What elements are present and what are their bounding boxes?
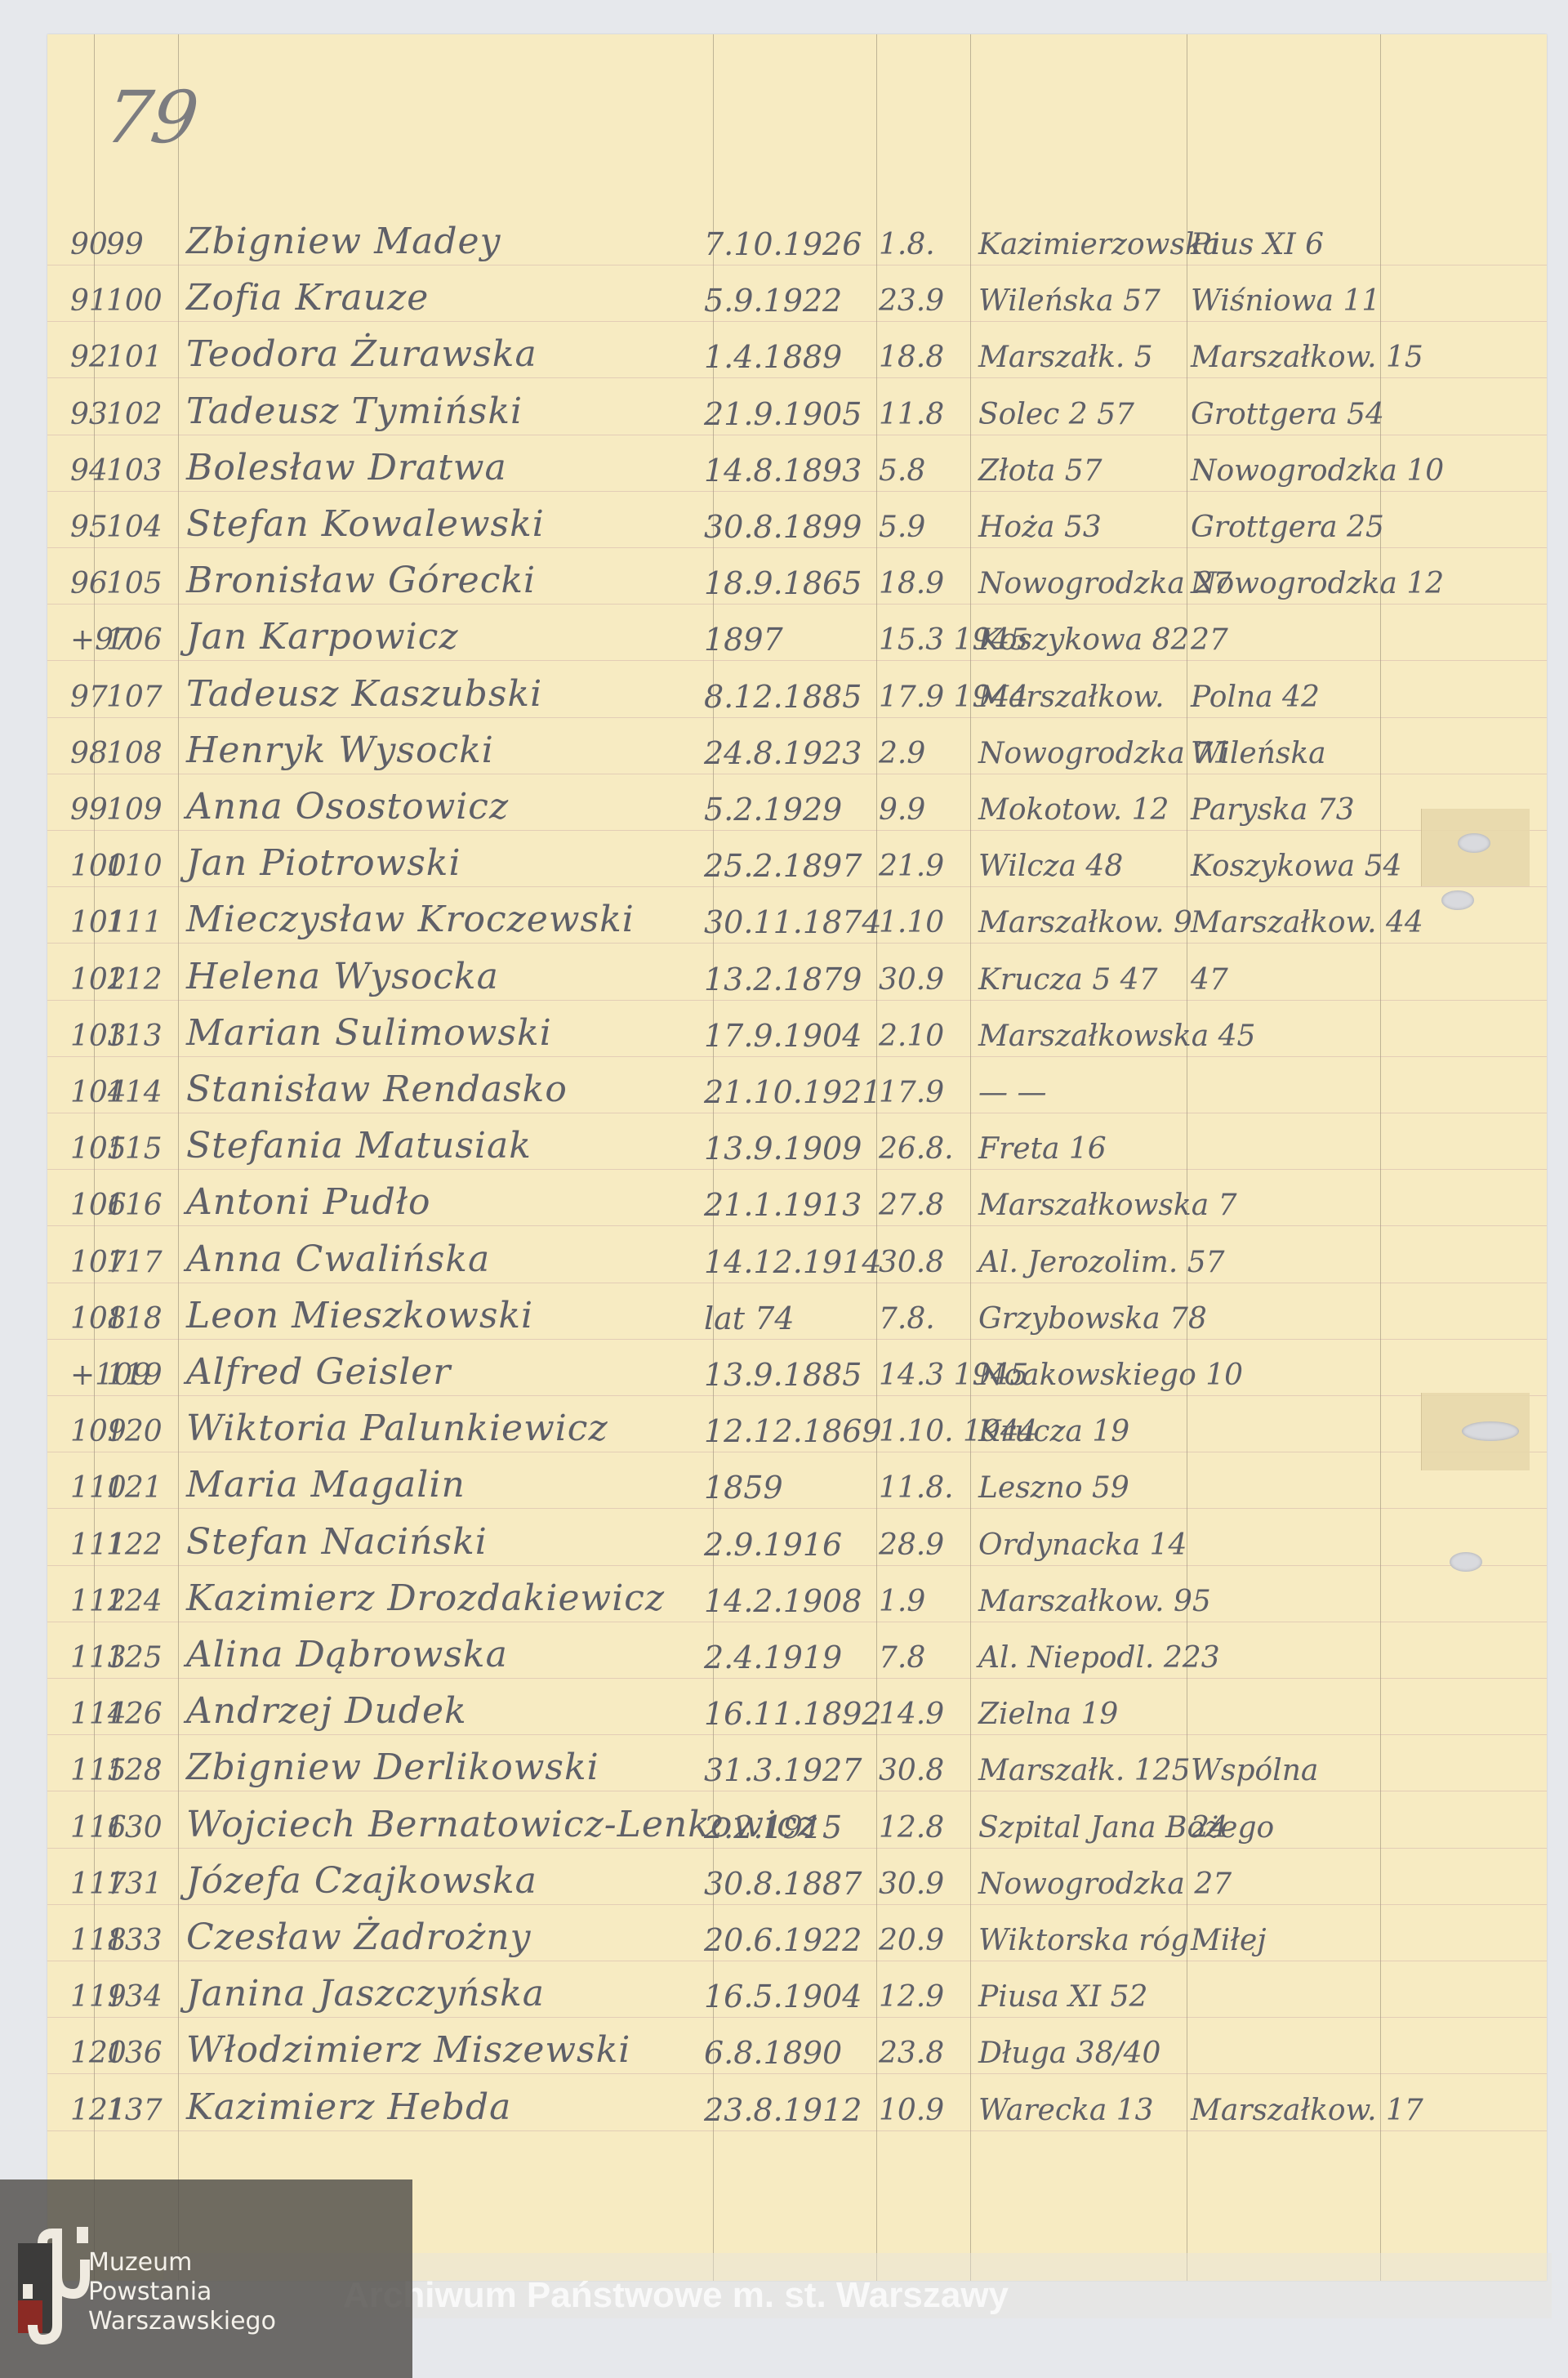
row-number: 106	[106, 626, 163, 655]
address-secondary: Wileńska	[1191, 739, 1326, 769]
death-date: 30.9	[879, 1870, 944, 1899]
row-number: 117	[106, 1248, 163, 1278]
death-date: 12.8	[879, 1814, 944, 1843]
row-rule	[47, 435, 1547, 435]
person-name: Mieczysław Kroczewski	[186, 902, 635, 938]
row-number: 104	[106, 513, 163, 542]
row-number: 120	[106, 1417, 163, 1447]
row-index: 93	[70, 400, 108, 430]
birth-date: 1897	[704, 624, 783, 655]
row-rule	[47, 1169, 1547, 1170]
address-secondary: 24	[1191, 1814, 1228, 1843]
row-number: 116	[106, 1191, 163, 1220]
row-number: 112	[106, 966, 163, 995]
person-name: Bolesław Dratwa	[186, 450, 507, 486]
punch-hole	[1450, 1552, 1482, 1572]
row-rule	[47, 943, 1547, 944]
table-row: 102112Helena Wysocka13.2.187930.9Krucza …	[47, 948, 1547, 1000]
table-row: 105115Stefania Matusiak13.9.190926.8.Fre…	[47, 1117, 1547, 1169]
ledger-page: 79 9099Zbigniew Madey7.10.19261.8.Kazimi…	[47, 34, 1547, 2281]
birth-date: 13.9.1885	[704, 1359, 862, 1390]
row-rule	[47, 1678, 1547, 1679]
death-date: 7.8.	[879, 1305, 935, 1334]
row-number: 109	[106, 796, 163, 825]
museum-name: Muzeum Powstania Warszawskiego	[88, 2248, 276, 2336]
address-secondary: Grottgera 25	[1191, 513, 1384, 542]
punch-hole	[1458, 833, 1490, 853]
row-rule	[47, 717, 1547, 718]
person-name: Zbigniew Derlikowski	[186, 1750, 599, 1786]
death-date: 12.9	[879, 1983, 944, 2012]
punch-hole	[1462, 1421, 1519, 1441]
row-rule	[47, 1452, 1547, 1452]
birth-date: 12.12.1869	[704, 1416, 882, 1447]
address-secondary: Grottgera 54	[1191, 400, 1384, 430]
row-rule	[47, 1225, 1547, 1226]
death-date: 20.9	[879, 1926, 944, 1956]
address-primary: Wileńska 57	[978, 287, 1160, 316]
row-number: 137	[106, 2096, 163, 2126]
death-date: 14.9	[879, 1700, 944, 1729]
birth-date: 2.4.1919	[704, 1642, 842, 1673]
row-rule	[47, 604, 1547, 605]
page-number: 79	[100, 75, 203, 159]
person-name: Włodzimierz Miszewski	[186, 2032, 630, 2068]
address-primary: Zielna 19	[978, 1700, 1118, 1729]
row-number: 105	[106, 569, 163, 599]
table-row: 114126Andrzej Dudek16.11.189214.9Zielna …	[47, 1682, 1547, 1734]
person-name: Tadeusz Kaszubski	[186, 676, 542, 712]
birth-date: 2.9.1916	[704, 1529, 842, 1560]
address-secondary: Wspólna	[1191, 1756, 1318, 1786]
death-date: 28.9	[879, 1531, 944, 1560]
row-rule	[47, 321, 1547, 322]
row-rule	[47, 1961, 1547, 1961]
row-number: 128	[106, 1756, 163, 1786]
birth-date: 5.2.1929	[704, 794, 842, 825]
address-secondary: Marszałkow. 44	[1191, 908, 1423, 938]
address-secondary: Wiśniowa 11	[1191, 287, 1380, 316]
row-rule	[47, 1395, 1547, 1396]
row-number: 111	[106, 908, 163, 938]
person-name: Leon Mieszkowski	[186, 1298, 533, 1334]
row-number: 101	[106, 343, 163, 373]
row-rule	[47, 774, 1547, 774]
row-rule	[47, 377, 1547, 378]
death-date: 27.8	[879, 1191, 944, 1220]
row-number: 102	[106, 400, 163, 430]
death-date: 1.8.	[879, 230, 935, 260]
address-primary: Leszno 59	[978, 1474, 1129, 1503]
address-primary: Marszałkow.	[978, 683, 1165, 712]
address-secondary: Koszykowa 54	[1191, 852, 1401, 881]
row-number: 115	[106, 1135, 163, 1164]
person-name: Bronisław Górecki	[186, 563, 536, 599]
death-date: 10.9	[879, 2096, 944, 2126]
address-primary: Nowogrodzka 27	[978, 1870, 1232, 1899]
death-date: 11.8.	[879, 1474, 954, 1503]
row-rule	[47, 1565, 1547, 1566]
row-number: 113	[106, 1022, 163, 1051]
address-primary: Marszałkow. 95	[978, 1587, 1211, 1617]
table-row: 116130Wojciech Bernatowicz-Lenkowicz2.2.…	[47, 1796, 1547, 1848]
address-primary: Al. Niepodl. 223	[978, 1644, 1220, 1673]
person-name: Anna Cwalińska	[186, 1242, 490, 1278]
table-row: 9099Zbigniew Madey7.10.19261.8.Kazimierz…	[47, 212, 1547, 265]
person-name: Tadeusz Tymiński	[186, 394, 523, 430]
row-index: 99	[70, 796, 108, 825]
row-number: 100	[106, 287, 163, 316]
address-primary: Marszałk. 125	[978, 1756, 1191, 1786]
table-row: 99109Anna Osostowicz5.2.19299.9Mokotow. …	[47, 778, 1547, 830]
table-row: 106116Antoni Pudło21.1.191327.8Marszałko…	[47, 1173, 1547, 1225]
birth-date: 20.6.1922	[704, 1925, 862, 1956]
birth-date: 2.2.1915	[704, 1812, 842, 1843]
table-row: 118133Czesław Żadrożny20.6.192220.9Wikto…	[47, 1908, 1547, 1961]
birth-date: 1859	[704, 1472, 783, 1503]
address-primary: Solec 2 57	[978, 400, 1134, 430]
death-date: 1.9	[879, 1587, 925, 1617]
row-rule	[47, 1000, 1547, 1001]
museum-name-line: Powstania	[88, 2278, 276, 2307]
birth-date: 31.3.1927	[704, 1755, 862, 1786]
table-row: 109120Wiktoria Palunkiewicz12.12.18691.1…	[47, 1399, 1547, 1452]
birth-date: 21.1.1913	[704, 1189, 862, 1220]
birth-date: 14.2.1908	[704, 1586, 862, 1617]
person-name: Czesław Żadrożny	[186, 1920, 531, 1956]
row-number: 130	[106, 1814, 163, 1843]
table-row: 119134Janina Jaszczyńska16.5.190412.9Piu…	[47, 1965, 1547, 2017]
row-number: 133	[106, 1926, 163, 1956]
row-number: 125	[106, 1644, 163, 1673]
death-date: 26.8.	[879, 1135, 954, 1164]
address-primary: Marszałk. 5	[978, 343, 1153, 373]
table-row: 91100Zofia Krauze5.9.192223.9Wileńska 57…	[47, 269, 1547, 321]
person-name: Alfred Geisler	[186, 1354, 451, 1390]
address-primary: Wilcza 48	[978, 852, 1123, 881]
museum-watermark: Muzeum Powstania Warszawskiego	[0, 2179, 412, 2378]
address-primary: Marszałkowska 45	[978, 1022, 1255, 1051]
birth-date: 21.9.1905	[704, 399, 862, 430]
birth-date: 14.8.1893	[704, 455, 862, 486]
person-name: Stefania Matusiak	[186, 1128, 532, 1164]
row-number: 103	[106, 457, 163, 486]
birth-date: 23.8.1912	[704, 2095, 862, 2126]
death-date: 18.8	[879, 343, 944, 373]
row-number: 114	[106, 1078, 163, 1108]
address-primary: Hoża 53	[978, 513, 1102, 542]
death-date: 1.10	[879, 908, 944, 938]
row-index: 95	[70, 513, 108, 542]
row-rule	[47, 2130, 1547, 2131]
table-row: 108118Leon Mieszkowskilat 747.8.Grzybows…	[47, 1287, 1547, 1339]
table-row: 121137Kazimierz Hebda23.8.191210.9Wareck…	[47, 2078, 1547, 2130]
birth-date: 16.5.1904	[704, 1981, 862, 2012]
table-row: 97107Tadeusz Kaszubski8.12.188517.9 1944…	[47, 665, 1547, 717]
person-name: Wiktoria Palunkiewicz	[186, 1411, 608, 1447]
address-primary: Wareckа 13	[978, 2096, 1154, 2126]
row-rule	[47, 1283, 1547, 1283]
birth-date: 30.8.1899	[704, 511, 862, 542]
person-name: Stefan Naciński	[186, 1524, 488, 1560]
death-date: 2.10	[879, 1022, 944, 1051]
row-number: 121	[106, 1474, 163, 1503]
address-primary: Marszałkow. 9	[978, 908, 1192, 938]
birth-date: 6.8.1890	[704, 2037, 842, 2068]
table-row: 92101Teodora Żurawska1.4.188918.8Marszał…	[47, 325, 1547, 377]
address-secondary: Nowogrodzka 10	[1191, 457, 1444, 486]
birth-date: 17.9.1904	[704, 1020, 862, 1051]
address-secondary: Paryska 73	[1191, 796, 1355, 825]
address-secondary: Miłej	[1191, 1926, 1267, 1956]
kotwica-anchor-logo-icon	[18, 2227, 91, 2345]
row-number: 131	[106, 1870, 163, 1899]
address-primary: Ordynacka 14	[978, 1531, 1187, 1560]
table-row: 111122Stefan Naciński2.9.191628.9Ordynac…	[47, 1513, 1547, 1565]
address-primary: Złota 57	[978, 457, 1102, 486]
address-primary: Piusa XI 52	[978, 1983, 1147, 2012]
row-rule	[47, 1848, 1547, 1849]
table-row: 110121Maria Magalin185911.8.Leszno 59	[47, 1456, 1547, 1508]
table-row: 95104Stefan Kowalewski30.8.18995.9Hoża 5…	[47, 495, 1547, 547]
table-row: 93102Tadeusz Tymiński21.9.190511.8Solec …	[47, 382, 1547, 435]
row-number: 110	[106, 852, 163, 881]
birth-date: 21.10.1921	[704, 1077, 882, 1108]
address-primary: Szpital Jana Bożego	[978, 1814, 1274, 1843]
person-name: Kazimierz Hebda	[186, 2090, 511, 2126]
row-rule	[47, 1056, 1547, 1057]
museum-name-line: Warszawskiego	[88, 2307, 276, 2336]
row-number: 136	[106, 2039, 163, 2068]
row-rule	[47, 2073, 1547, 2074]
row-index: 98	[70, 739, 108, 769]
table-row: 101111Mieczysław Kroczewski30.11.18741.1…	[47, 890, 1547, 943]
table-row: +109119Alfred Geisler13.9.188514.3 1945N…	[47, 1343, 1547, 1395]
row-number: 118	[106, 1305, 163, 1334]
person-name: Jan Piotrowski	[186, 845, 461, 881]
person-name: Antoni Pudło	[186, 1185, 431, 1220]
row-rule	[47, 830, 1547, 831]
table-row: 94103Bolesław Dratwa14.8.18935.8Złota 57…	[47, 439, 1547, 491]
birth-date: 16.11.1892	[704, 1698, 882, 1729]
row-index: 96	[70, 569, 108, 599]
death-date: 2.9	[879, 739, 925, 769]
birth-date: 25.2.1897	[704, 850, 862, 881]
row-number: 122	[106, 1531, 163, 1560]
address-primary: Krucza 5 47	[978, 966, 1157, 995]
person-name: Maria Magalin	[186, 1467, 465, 1503]
person-name: Alina Dąbrowska	[186, 1637, 508, 1673]
row-number: 134	[106, 1983, 163, 2012]
row-number: 126	[106, 1700, 163, 1729]
death-date: 18.9	[879, 569, 944, 599]
death-date: 30.8	[879, 1756, 944, 1786]
row-rule	[47, 2017, 1547, 2018]
person-name: Józefa Czajkowska	[186, 1863, 537, 1899]
table-row: +97106Jan Karpowicz189715.3 1945Koszykow…	[47, 608, 1547, 660]
death-date: 21.9	[879, 852, 944, 881]
table-row: 117131Józefa Czajkowska30.8.188730.9Nowo…	[47, 1852, 1547, 1904]
table-row: 100110Jan Piotrowski25.2.189721.9Wilcza …	[47, 834, 1547, 886]
address-secondary: Marszałkow. 15	[1191, 343, 1423, 373]
row-rule	[47, 1113, 1547, 1113]
person-name: Stefan Kowalewski	[186, 506, 545, 542]
row-index: 90	[70, 230, 108, 260]
address-primary: Marszałkowska 7	[978, 1191, 1237, 1220]
death-date: 11.8	[879, 400, 944, 430]
birth-date: 18.9.1865	[704, 568, 862, 599]
archive-watermark: Archiwum Państwowe m. st. Warszawy	[343, 2275, 1009, 2316]
person-name: Stanisław Rendasko	[186, 1072, 568, 1108]
person-name: Zofia Krauze	[186, 280, 429, 316]
person-name: Kazimierz Drozdakiewicz	[186, 1581, 665, 1617]
birth-date: 30.11.1874	[704, 907, 882, 938]
address-primary: Krucza 19	[978, 1417, 1129, 1447]
row-rule	[47, 886, 1547, 887]
table-row: 103113Marian Sulimowski17.9.19042.10Mars…	[47, 1004, 1547, 1056]
death-date: 7.8	[879, 1644, 925, 1673]
row-number: 124	[106, 1587, 163, 1617]
address-primary: Długa 38/40	[978, 2039, 1160, 2068]
row-index: 97	[70, 683, 108, 712]
row-index: 91	[70, 287, 108, 316]
address-secondary: Nowogrodzka 12	[1191, 569, 1444, 599]
death-date: 9.9	[879, 796, 925, 825]
birth-date: lat 74	[704, 1303, 795, 1334]
table-row: 112124Kazimierz Drozdakiewicz14.2.19081.…	[47, 1569, 1547, 1622]
row-rule	[47, 547, 1547, 548]
address-secondary: Marszałkow. 17	[1191, 2096, 1423, 2126]
address-primary: Noakowskiego 10	[978, 1361, 1243, 1390]
row-number: 99	[106, 230, 144, 260]
death-date: 5.8	[879, 457, 925, 486]
person-name: Teodora Żurawska	[186, 337, 537, 373]
row-number: 107	[106, 683, 163, 712]
table-row: 96105Bronisław Górecki18.9.186518.9Nowog…	[47, 551, 1547, 604]
table-row: 98108Henryk Wysocki24.8.19232.9Nowogrodz…	[47, 721, 1547, 774]
birth-date: 8.12.1885	[704, 681, 862, 712]
address-primary: — —	[978, 1078, 1046, 1108]
birth-date: 1.4.1889	[704, 341, 842, 373]
person-name: Henryk Wysocki	[186, 733, 494, 769]
table-row: 120136Włodzimierz Miszewski6.8.189023.8D…	[47, 2021, 1547, 2073]
address-primary: Wiktorska róg	[978, 1926, 1189, 1956]
row-rule	[47, 265, 1547, 265]
row-rule	[47, 1508, 1547, 1509]
address-primary: Al. Jerozolim. 57	[978, 1248, 1225, 1278]
birth-date: 30.8.1887	[704, 1868, 862, 1899]
address-primary: Kazimierzowska	[978, 230, 1220, 260]
row-number: 108	[106, 739, 163, 769]
row-rule	[47, 1339, 1547, 1340]
address-secondary: 27	[1191, 626, 1228, 655]
person-name: Marian Sulimowski	[186, 1015, 552, 1051]
table-row: 115128Zbigniew Derlikowski31.3.192730.8M…	[47, 1738, 1547, 1791]
person-name: Janina Jaszczyńska	[186, 1976, 545, 2012]
death-date: 30.8	[879, 1248, 944, 1278]
birth-date: 13.9.1909	[704, 1133, 862, 1164]
row-number: 119	[106, 1361, 163, 1390]
birth-date: 24.8.1923	[704, 738, 862, 769]
row-index: 92	[70, 343, 108, 373]
address-primary: Freta 16	[978, 1135, 1107, 1164]
death-date: 30.9	[879, 966, 944, 995]
row-rule	[47, 1791, 1547, 1791]
birth-date: 14.12.1914	[704, 1247, 882, 1278]
museum-name-line: Muzeum	[88, 2248, 276, 2278]
address-primary: Mokotow. 12	[978, 796, 1169, 825]
death-date: 17.9	[879, 1078, 944, 1108]
birth-date: 5.9.1922	[704, 285, 842, 316]
person-name: Andrzej Dudek	[186, 1693, 467, 1729]
table-row: 107117Anna Cwalińska14.12.191430.8Al. Je…	[47, 1230, 1547, 1283]
row-rule	[47, 1734, 1547, 1735]
row-rule	[47, 1904, 1547, 1905]
birth-date: 13.2.1879	[704, 964, 862, 995]
row-rule	[47, 1622, 1547, 1622]
address-secondary: 47	[1191, 966, 1228, 995]
punch-hole	[1441, 890, 1474, 910]
table-row: 104114Stanisław Rendasko21.10.192117.9— …	[47, 1060, 1547, 1113]
table-row: 113125Alina Dąbrowska2.4.19197.8Al. Niep…	[47, 1626, 1547, 1678]
row-rule	[47, 660, 1547, 661]
person-name: Jan Karpowicz	[186, 619, 459, 655]
death-date: 23.8	[879, 2039, 944, 2068]
address-primary: Grzybowska 78	[978, 1305, 1207, 1334]
death-date: 23.9	[879, 287, 944, 316]
person-name: Helena Wysocka	[186, 959, 499, 995]
address-primary: Koszykowa 82	[978, 626, 1189, 655]
person-name: Zbigniew Madey	[186, 224, 501, 260]
death-date: 5.9	[879, 513, 925, 542]
row-rule	[47, 491, 1547, 492]
address-secondary: Pius XI 6	[1191, 230, 1324, 260]
address-secondary: Polna 42	[1191, 683, 1320, 712]
birth-date: 7.10.1926	[704, 229, 862, 260]
person-name: Anna Osostowicz	[186, 789, 509, 825]
row-index: 94	[70, 457, 108, 486]
